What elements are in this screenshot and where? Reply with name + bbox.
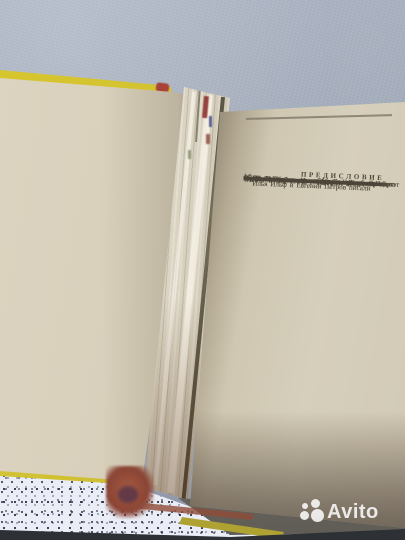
spine-red-mark <box>206 134 210 144</box>
book-photo: ПРЕДИСЛОВИЕ Первый роман Ильи Ильфа и Ев… <box>0 0 405 540</box>
preface-text-block: ПРЕДИСЛОВИЕ Первый роман Ильи Ильфа и Ев… <box>244 168 405 178</box>
spine-crack <box>195 86 201 142</box>
spine-green-mark <box>188 150 191 159</box>
spine-foot-stain <box>118 486 138 503</box>
avito-wordmark: Avito <box>327 497 379 529</box>
avito-watermark: Avito <box>294 497 404 531</box>
footnote-mark: 1* <box>243 172 252 180</box>
spine-red-mark <box>202 96 209 118</box>
avito-logo-icon <box>311 499 320 508</box>
avito-logo-icon <box>302 503 308 509</box>
avito-logo-icon <box>300 511 309 520</box>
avito-logo-icon <box>311 509 324 522</box>
page-header-rule <box>246 114 392 119</box>
spine-blue-mark <box>209 116 212 127</box>
